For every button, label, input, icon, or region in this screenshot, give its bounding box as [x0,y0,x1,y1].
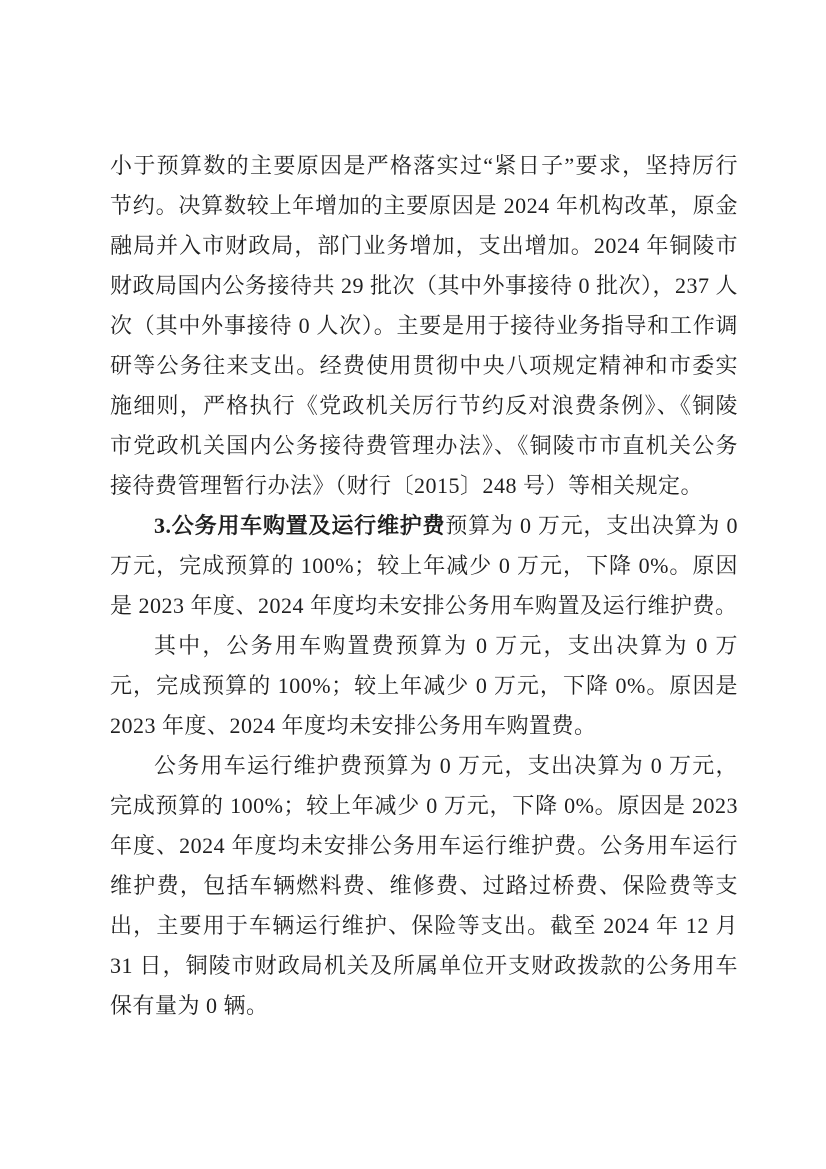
paragraph-official-reception: 小于预算数的主要原因是严格落实过“紧日子”要求，坚持厉行节约。决算数较上年增加的… [110,146,738,506]
vehicle-section-heading: 3.公务用车购置及运行维护费 [154,513,445,538]
document-page: 小于预算数的主要原因是严格落实过“紧日子”要求，坚持厉行节约。决算数较上年增加的… [0,0,826,1169]
paragraph-vehicle-maintenance: 公务用车运行维护费预算为 0 万元，支出决算为 0 万元，完成预算的 100%；… [110,746,738,1026]
paragraph-vehicle-purchase-and-maintenance: 3.公务用车购置及运行维护费预算为 0 万元，支出决算为 0 万元，完成预算的 … [110,506,738,626]
document-text-block: 小于预算数的主要原因是严格落实过“紧日子”要求，坚持厉行节约。决算数较上年增加的… [110,146,738,1026]
paragraph-vehicle-purchase: 其中，公务用车购置费预算为 0 万元，支出决算为 0 万元，完成预算的 100%… [110,626,738,746]
